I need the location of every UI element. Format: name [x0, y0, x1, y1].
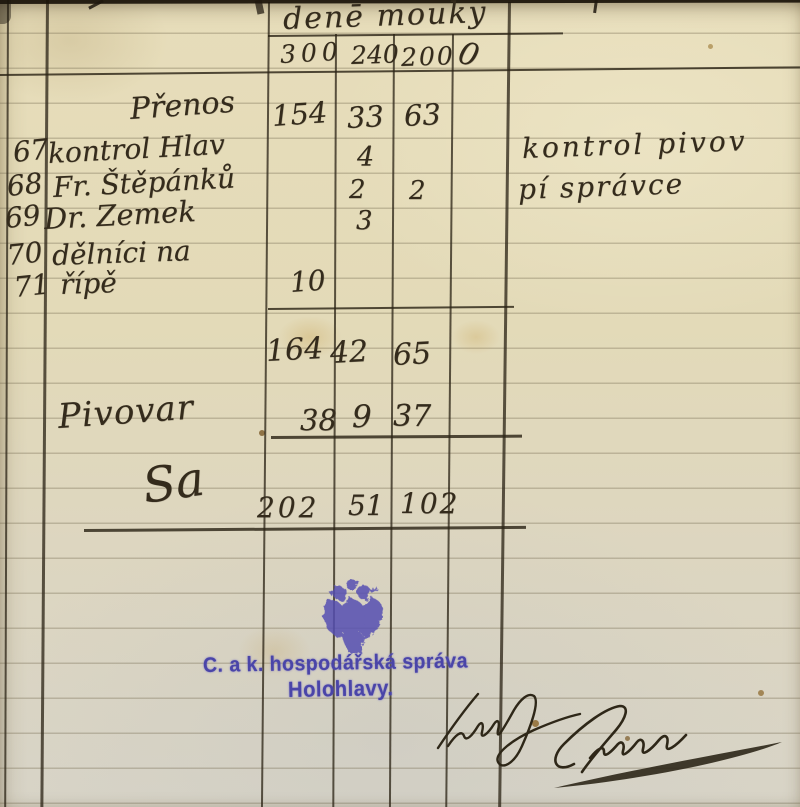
- stamp-eagle-icon: [311, 577, 396, 662]
- row-no-68: 68: [6, 169, 44, 201]
- row-69-v240: 3: [356, 208, 373, 234]
- row-prenos-v200: 63: [403, 100, 441, 131]
- row-no-71: 71: [13, 270, 51, 302]
- eagle-head-right: [357, 585, 371, 599]
- table-vline-margin-inner: [40, 0, 48, 807]
- row-label-prenos: Přenos: [129, 88, 236, 125]
- ink-mark: [593, 0, 598, 13]
- row-no-67: 67: [12, 135, 50, 167]
- subtotal-v300: 164: [265, 334, 324, 367]
- signature-right-stroke: [555, 706, 686, 772]
- table-vline-margin-outer: [4, 0, 9, 807]
- eagle-shape: [317, 579, 388, 653]
- row-67-v240: 4: [357, 144, 374, 171]
- paper-speck: [758, 690, 764, 696]
- row-71-v300: 10: [289, 267, 327, 297]
- pivovar-v240: 9: [352, 402, 372, 433]
- total-v240: 51: [348, 492, 384, 520]
- eagle-beak-left: [326, 589, 334, 596]
- corner-flourish: 0: [455, 38, 483, 73]
- stamp-text-line2: Holohlavy.: [288, 677, 394, 701]
- col-header-300: 300: [279, 39, 343, 67]
- paper-speck: [708, 44, 713, 49]
- table-vline-col-300: [261, 2, 270, 807]
- stamp-text-line1: C. a k. hospodářská správa: [203, 650, 468, 676]
- row-no-69: 69: [4, 201, 42, 233]
- eagle-beak-right: [370, 587, 378, 594]
- ledger-page: denē mouky 300 240 200 0 Přenos 154 33 6…: [0, 0, 800, 807]
- subtotal-v240: 42: [329, 337, 369, 369]
- row-label-71: řípě: [60, 269, 118, 299]
- row-label-70: dělníci na: [52, 237, 192, 270]
- eagle-tail: [342, 635, 367, 653]
- margin-note-line1: kontrol pivov: [522, 127, 748, 163]
- row-label-69: Dr. Zemek: [43, 197, 196, 234]
- subtotal-v200: 65: [392, 339, 432, 371]
- margin-note-line2: pí správce: [518, 170, 685, 204]
- table-total-underline: [84, 526, 526, 532]
- row-prenos-v240: 33: [346, 102, 384, 133]
- pivovar-v300: 38: [300, 406, 337, 435]
- total-v200: 102: [400, 490, 459, 518]
- total-v300: 202: [257, 494, 319, 522]
- row-prenos-v300: 154: [271, 98, 328, 131]
- eagle-crown: [347, 580, 358, 589]
- row-68-v240: 2: [349, 177, 366, 203]
- col-header-240: 240: [351, 41, 400, 68]
- col-header-200: 200: [401, 43, 456, 70]
- pivovar-v200: 37: [393, 402, 431, 432]
- row-no-70: 70: [6, 238, 44, 270]
- ink-mark: [0, 0, 11, 24]
- row-68-v200: 2: [409, 178, 426, 204]
- row-label-pivovar: Pivovar: [57, 391, 195, 434]
- paper-stain: [452, 320, 500, 354]
- table-header-title: denē mouky: [282, 0, 487, 35]
- table-colheader-underline: [0, 66, 800, 76]
- eagle-head-left: [333, 586, 347, 600]
- signature-right: [540, 698, 796, 793]
- row-label-summa: Sa: [140, 455, 208, 511]
